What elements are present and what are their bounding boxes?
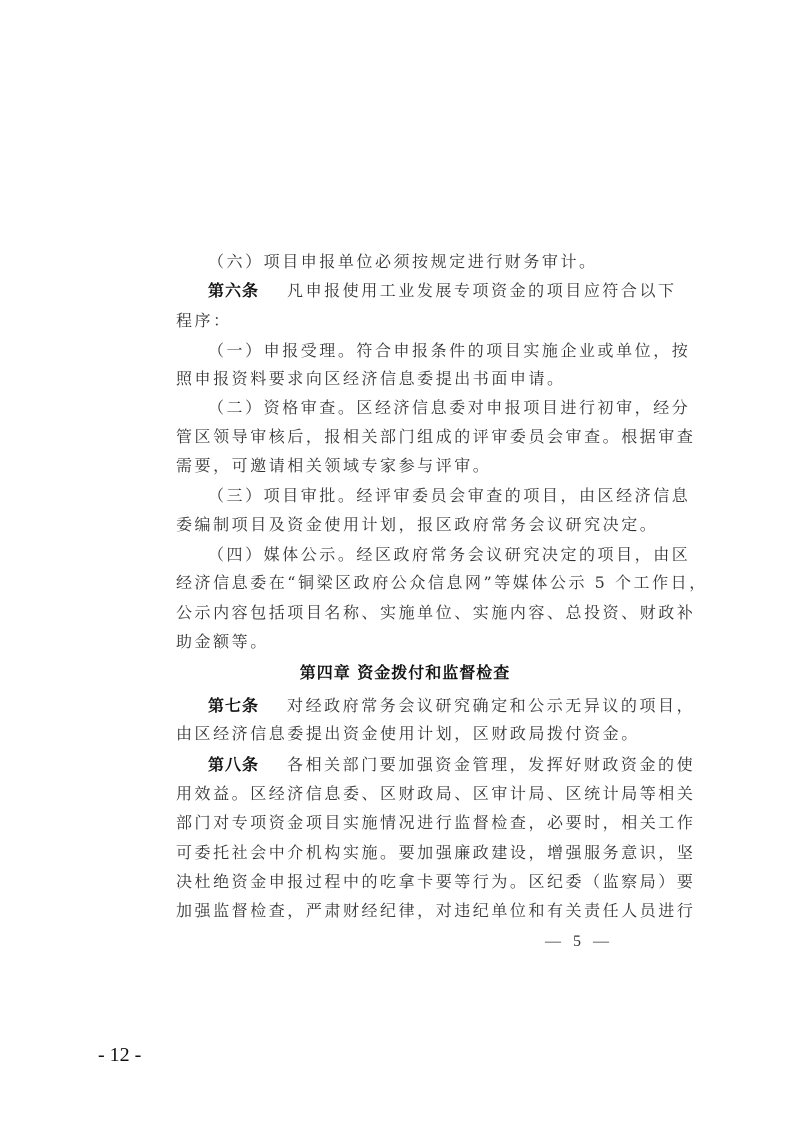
article-8-line: 第八条各相关部门要加强资金管理，发挥好财政资金的使 — [208, 755, 634, 775]
line-text: 对经政府常务会议研究确定和公示无异议的项目， — [287, 696, 695, 715]
paragraph-line: 可委托社会中介机构实施。要加强廉政建设，增强服务意识，坚 — [176, 843, 634, 863]
outer-page-number: - 12 - — [98, 1044, 141, 1067]
paragraph-line: （一）申报受理。符合申报条件的项目实施企业或单位，按 — [208, 341, 634, 361]
article-7-line: 第七条对经政府常务会议研究确定和公示无异议的项目， — [208, 696, 634, 716]
paragraph-line: 照申报资料要求向区经济信息委提出书面申请。 — [176, 369, 634, 389]
paragraph-line: （六）项目申报单位必须按规定进行财务审计。 — [208, 252, 634, 272]
paragraph-line: （二）资格审查。区经济信息委对申报项目进行初审，经分 — [208, 398, 634, 418]
line-text: 用效益。区经济信息委、区财政局、区审计局、区统计局等相关 — [176, 784, 695, 803]
line-text: 各相关部门要加强资金管理，发挥好财政资金的使 — [287, 755, 695, 774]
line-text: 凡申报使用工业发展专项资金的项目应符合以下 — [287, 281, 677, 300]
line-text: 委编制项目及资金使用计划，报区政府常务会议研究决定。 — [176, 515, 658, 534]
paragraph-line: 部门对专项资金项目实施情况进行监督检查，必要时，相关工作 — [176, 813, 634, 833]
article-label: 第八条 — [208, 755, 259, 774]
chapter-heading: 第四章 资金拨付和监督检查 — [176, 663, 634, 683]
line-text: 助金额等。 — [176, 632, 269, 651]
paragraph-line: 助金额等。 — [176, 632, 634, 652]
article-label: 第六条 — [208, 281, 259, 300]
paragraph-line: 由区经济信息委提出资金使用计划，区财政局拨付资金。 — [176, 724, 634, 744]
line-text: 程序： — [176, 311, 232, 330]
paragraph-line: 程序： — [176, 311, 634, 331]
line-text: 需要，可邀请相关领域专家参与评审。 — [176, 456, 491, 475]
line-text: 加强监督检查，严肃财经纪律，对违纪单位和有关责任人员进行 — [176, 901, 695, 920]
line-text: （四）媒体公示。经区政府常务会议研究决定的项目，由区 — [208, 545, 690, 564]
article-label: 第七条 — [208, 696, 259, 715]
line-text: 可委托社会中介机构实施。要加强廉政建设，增强服务意识，坚 — [176, 843, 695, 862]
line-text: 照申报资料要求向区经济信息委提出书面申请。 — [176, 369, 566, 388]
line-text: 决杜绝资金申报过程中的吃拿卡要等行为。区纪委（监察局）要 — [176, 872, 695, 891]
paragraph-line: 委编制项目及资金使用计划，报区政府常务会议研究决定。 — [176, 515, 634, 535]
paragraph-line: 用效益。区经济信息委、区财政局、区审计局、区统计局等相关 — [176, 784, 634, 804]
line-text: 由区经济信息委提出资金使用计划，区财政局拨付资金。 — [176, 724, 640, 743]
line-text: 部门对专项资金项目实施情况进行监督检查，必要时，相关工作 — [176, 813, 695, 832]
paragraph-line: （四）媒体公示。经区政府常务会议研究决定的项目，由区 — [208, 545, 634, 565]
paragraph-line: 需要，可邀请相关领域专家参与评审。 — [176, 456, 634, 476]
line-text: 管区领导审核后，报相关部门组成的评审委员会审查。根据审查 — [176, 427, 695, 446]
line-text: （一）申报受理。符合申报条件的项目实施企业或单位，按 — [208, 341, 690, 360]
paragraph-line: 决杜绝资金申报过程中的吃拿卡要等行为。区纪委（监察局）要 — [176, 872, 634, 892]
line-text: （三）项目审批。经评审委员会审查的项目，由区经济信息 — [208, 486, 690, 505]
inner-page-number: — 5 — — [545, 933, 613, 951]
line-text: 公示内容包括项目名称、实施单位、实施内容、总投资、财政补 — [176, 603, 695, 622]
article-6-line: 第六条凡申报使用工业发展专项资金的项目应符合以下 — [208, 281, 634, 301]
paragraph-line: 加强监督检查，严肃财经纪律，对违纪单位和有关责任人员进行 — [176, 901, 634, 921]
paragraph-line: 公示内容包括项目名称、实施单位、实施内容、总投资、财政补 — [176, 603, 634, 623]
paragraph-line: 经济信息委在“铜梁区政府公众信息网”等媒体公示 5 个工作日， — [176, 573, 634, 593]
paragraph-line: （三）项目审批。经评审委员会审查的项目，由区经济信息 — [208, 486, 634, 506]
line-text: （六）项目申报单位必须按规定进行财务审计。 — [208, 252, 598, 271]
paragraph-line: 管区领导审核后，报相关部门组成的评审委员会审查。根据审查 — [176, 427, 634, 447]
document-page: （六）项目申报单位必须按规定进行财务审计。 第六条凡申报使用工业发展专项资金的项… — [0, 0, 793, 1122]
line-text: （二）资格审查。区经济信息委对申报项目进行初审，经分 — [208, 398, 690, 417]
line-text: 经济信息委在“铜梁区政府公众信息网”等媒体公示 5 个工作日， — [176, 573, 708, 592]
